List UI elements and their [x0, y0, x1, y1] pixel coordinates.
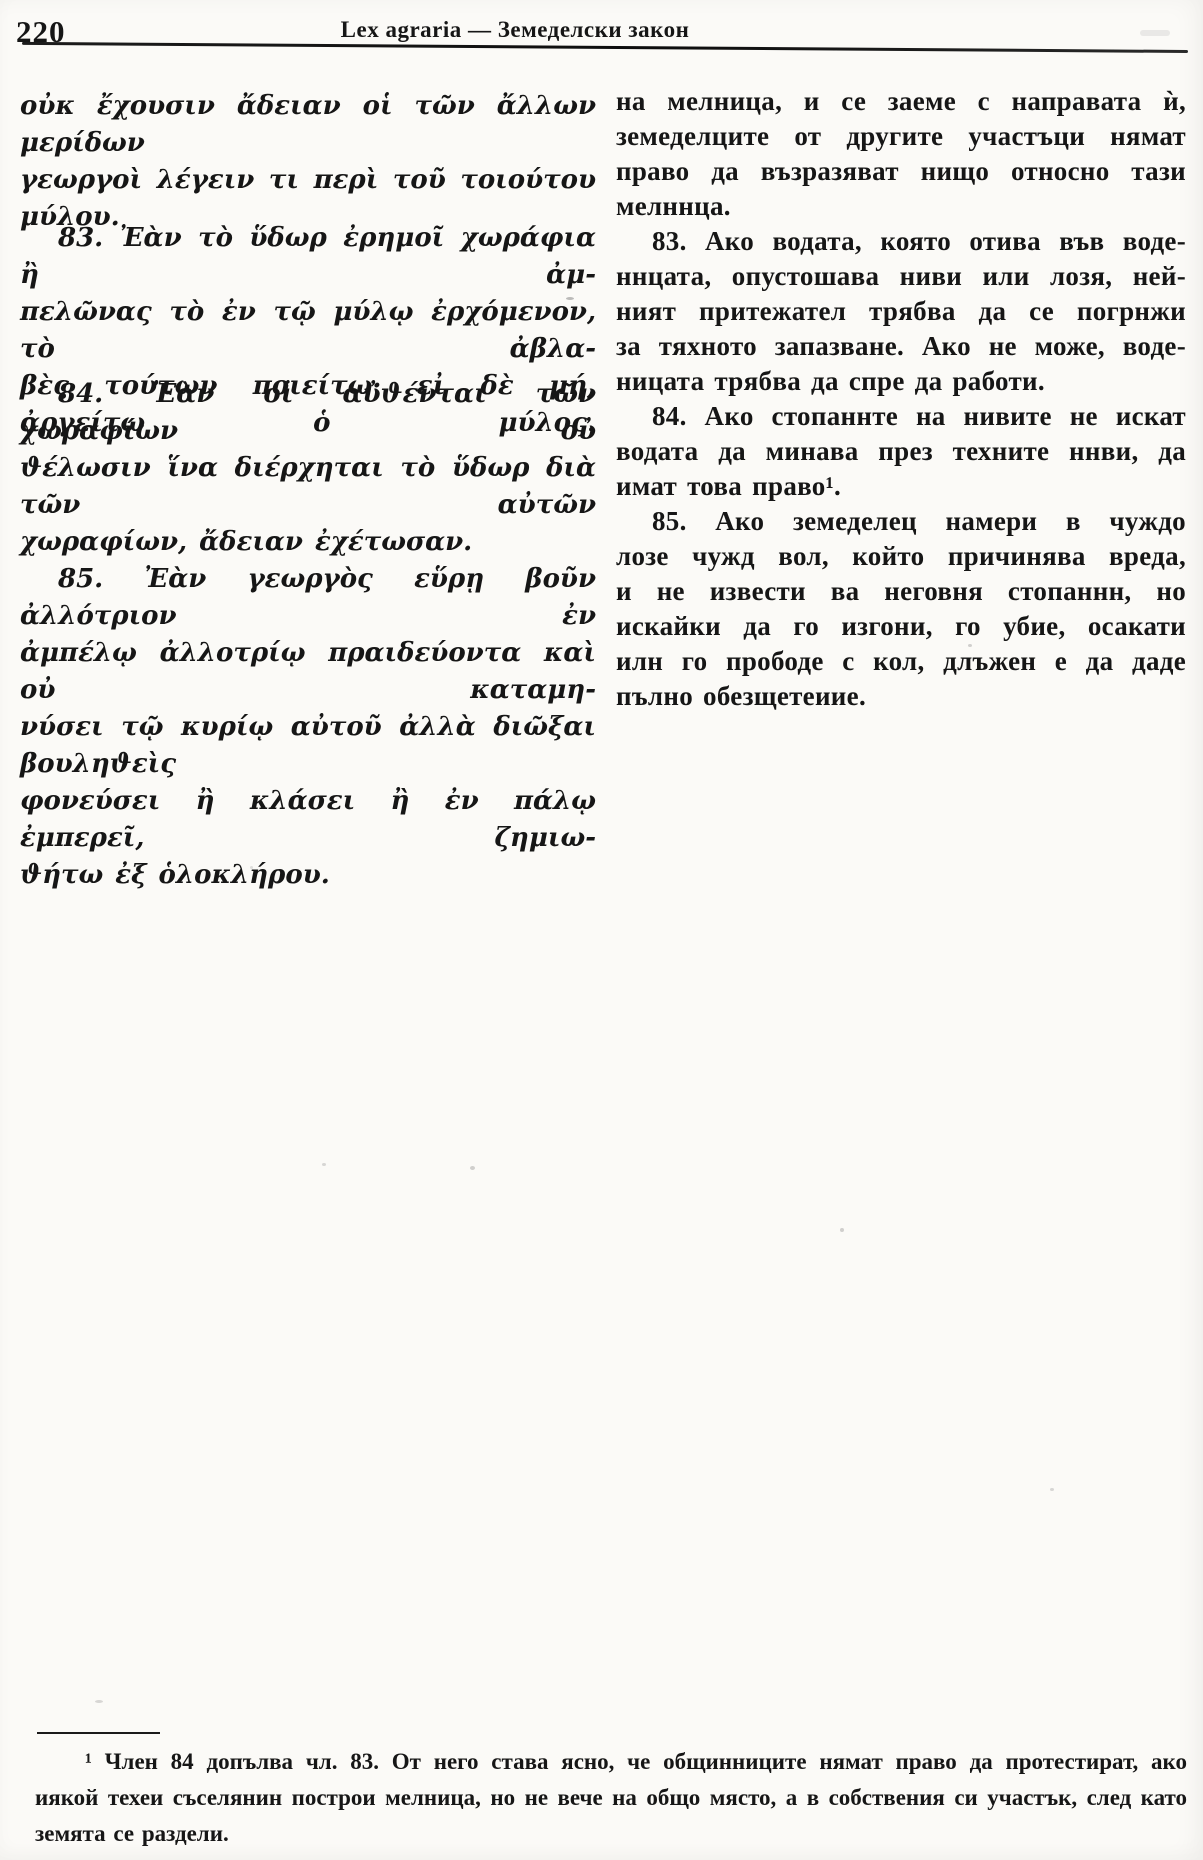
footnote-line: ¹ Член 84 допълва чл. 83. От него става …	[35, 1744, 1187, 1780]
footnote-line: иякой техеи съселянин построи мелница, н…	[35, 1780, 1187, 1816]
bulgarian-line: лозе чужд вол, който причинява вреда,	[616, 539, 1186, 574]
scan-speck	[1140, 30, 1170, 36]
scan-speck	[95, 1700, 103, 1703]
greek-line: χωραφίων, ἄδειαν ἐχέτωσαν.	[20, 524, 596, 561]
bulgarian-line: имат това право¹.	[616, 469, 1186, 504]
bulgarian-line: пълно обезщетеиие.	[616, 679, 1186, 714]
footnote-line: земята се раздели.	[35, 1816, 1187, 1852]
bulgarian-line: и не извести ва неговня стопаннн, но	[616, 574, 1186, 609]
bulgarian-line: водата да минава през техните ннви, да	[616, 434, 1186, 469]
bulgarian-line: за тяхното запазване. Ако не може, воде-	[616, 329, 1186, 364]
scan-speck	[322, 1163, 326, 1166]
greek-line: οὐκ ἔχουσιν ἄδειαν οἱ τῶν ἄλλων μερίδων	[20, 88, 596, 162]
scan-speck	[566, 297, 574, 300]
scan-speck	[968, 644, 972, 647]
scanned-book-page: 220 Lex agraria — Земеделски закон οὐκ ἔ…	[0, 0, 1203, 1860]
bulgarian-line: искайки да го изгони, го убие, осакати	[616, 609, 1186, 644]
bulgarian-line: 83. Ако водата, която отива във воде-	[616, 224, 1186, 259]
bulgarian-line: право да възразяват нищо относно тази	[616, 154, 1186, 189]
greek-line: 83. Ἐὰν τὸ ὕδωρ ἐρημοῖ χωράφια ἢ ἀμ-	[20, 220, 596, 294]
scan-speck	[840, 1228, 844, 1232]
bulgarian-line: илн го прободе с кол, длъжен е да даде	[616, 644, 1186, 679]
bulgarian-line: мелннца.	[616, 189, 1186, 224]
scan-speck	[470, 1166, 475, 1170]
greek-line: πελῶνας τὸ ἐν τῷ μύλῳ ἐρχόμενον, τὸ ἀβλα…	[20, 294, 596, 368]
header-rule	[22, 42, 1188, 53]
bulgarian-line: ният притежател трябва да се погрнжи	[616, 294, 1186, 329]
bulgarian-line: 85. Ако земеделец намери в чуждо	[616, 504, 1186, 539]
scan-speck	[250, 866, 253, 869]
greek-line: ϑήτω ἐξ ὁλοκλήρου.	[20, 857, 596, 894]
bulgarian-column: на мелница, и се заеме с направата ѝ, зе…	[616, 84, 1186, 714]
bulgarian-line: земеделците от другите участъци нямат	[616, 119, 1186, 154]
scan-speck	[1050, 1488, 1054, 1491]
greek-paragraphs-84-85: 84. Ἐὰν οἱ αὐϑένται τῶν χωραφίων οὐ ϑέλω…	[20, 376, 596, 894]
footnote-separator	[37, 1732, 160, 1734]
greek-column-intro: οὐκ ἔχουσιν ἄδειαν οἱ τῶν ἄλλων μερίδων …	[20, 88, 596, 236]
bulgarian-line: ницата трябва да спре да работи.	[616, 364, 1186, 399]
running-header-title: Lex agraria — Земеделски закон	[300, 17, 730, 43]
greek-line: ἀμπέλῳ ἀλλοτρίῳ πραιδεύοντα καὶ οὐ καταμ…	[20, 635, 596, 709]
greek-line: 85. Ἐὰν γεωργὸς εὕρῃ βοῦν ἀλλότριον ἐν	[20, 561, 596, 635]
greek-line: νύσει τῷ κυρίῳ αὐτοῦ ἀλλὰ διῶξαι βουληϑε…	[20, 709, 596, 783]
bulgarian-line: ннцата, опустошава ниви или лозя, ней-	[616, 259, 1186, 294]
greek-line: 84. Ἐὰν οἱ αὐϑένται τῶν χωραφίων οὐ	[20, 376, 596, 450]
greek-line: φονεύσει ἢ κλάσει ἢ ἐν πάλῳ ἐμπερεῖ, ζημ…	[20, 783, 596, 857]
bulgarian-line: 84. Ако стопаннте на нивите не искат	[616, 399, 1186, 434]
bulgarian-line: на мелница, и се заеме с направата ѝ,	[616, 84, 1186, 119]
greek-line: ϑέλωσιν ἵνα διέρχηται τὸ ὕδωρ διὰ τῶν αὐ…	[20, 450, 596, 524]
footnote: ¹ Член 84 допълва чл. 83. От него става …	[35, 1744, 1187, 1852]
